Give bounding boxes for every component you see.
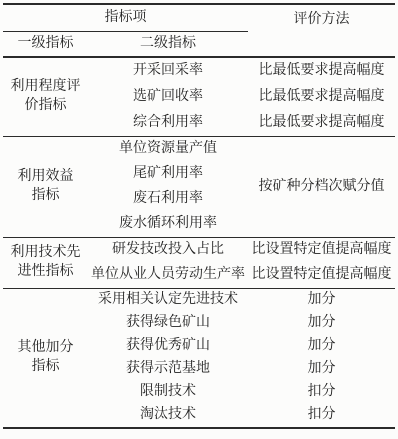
- indicator-cell: 限制技术: [88, 381, 248, 404]
- indicator-cell: 综合利用率: [88, 110, 248, 137]
- method-cell-merged: 按矿种分档次赋分值: [248, 137, 395, 238]
- method-cell: 比设置特定值提高幅度: [248, 238, 395, 264]
- header-level2: 二级指标: [88, 32, 248, 58]
- indicator-cell: 废水循环利用率: [88, 212, 248, 238]
- indicator-cell: 单位从业人员劳动生产率: [88, 263, 248, 289]
- indicator-cell: 淘汰技术: [88, 404, 248, 428]
- document-page: 指标项 评价方法 一级指标 二级指标 利用程度评 价指标 开采回采率 比最低要求…: [0, 0, 398, 439]
- method-cell: 比最低要求提高幅度: [248, 110, 395, 137]
- header-indicator-group: 指标项: [3, 4, 248, 32]
- method-cell: 比设置特定值提高幅度: [248, 263, 395, 289]
- evaluation-indicator-table: 指标项 评价方法 一级指标 二级指标 利用程度评 价指标 开采回采率 比最低要求…: [3, 3, 395, 429]
- category-cell-technology: 利用技术先 进性指标: [3, 238, 88, 289]
- table-row: 利用效益 指标 单位资源量产值 按矿种分档次赋分值: [3, 137, 395, 163]
- table-row: 其他加分 指标 采用相关认定先进技术 加分: [3, 289, 395, 313]
- method-cell: 加分: [248, 335, 395, 358]
- table-row: 利用技术先 进性指标 研发技改投入占比 比设置特定值提高幅度: [3, 238, 395, 264]
- indicator-cell: 尾矿利用率: [88, 162, 248, 187]
- indicator-cell: 采用相关认定先进技术: [88, 289, 248, 313]
- indicator-cell: 获得优秀矿山: [88, 335, 248, 358]
- indicator-cell: 开采回采率: [88, 57, 248, 84]
- indicator-cell: 获得绿色矿山: [88, 312, 248, 335]
- indicator-cell: 选矿回收率: [88, 84, 248, 110]
- header-method: 评价方法: [248, 4, 395, 57]
- indicator-cell: 废石利用率: [88, 187, 248, 212]
- method-cell: 加分: [248, 289, 395, 313]
- method-cell: 扣分: [248, 381, 395, 404]
- category-cell-degree: 利用程度评 价指标: [3, 57, 88, 137]
- method-cell: 扣分: [248, 404, 395, 428]
- indicator-cell: 获得示范基地: [88, 358, 248, 381]
- method-cell: 比最低要求提高幅度: [248, 84, 395, 110]
- category-cell-other: 其他加分 指标: [3, 289, 88, 429]
- method-cell: 比最低要求提高幅度: [248, 57, 395, 84]
- indicator-cell: 单位资源量产值: [88, 137, 248, 163]
- method-cell: 加分: [248, 312, 395, 335]
- category-cell-benefit: 利用效益 指标: [3, 137, 88, 238]
- header-row-1: 指标项 评价方法: [3, 4, 395, 32]
- header-level1: 一级指标: [3, 32, 88, 58]
- method-cell: 加分: [248, 358, 395, 381]
- indicator-cell: 研发技改投入占比: [88, 238, 248, 264]
- table-row: 利用程度评 价指标 开采回采率 比最低要求提高幅度: [3, 57, 395, 84]
